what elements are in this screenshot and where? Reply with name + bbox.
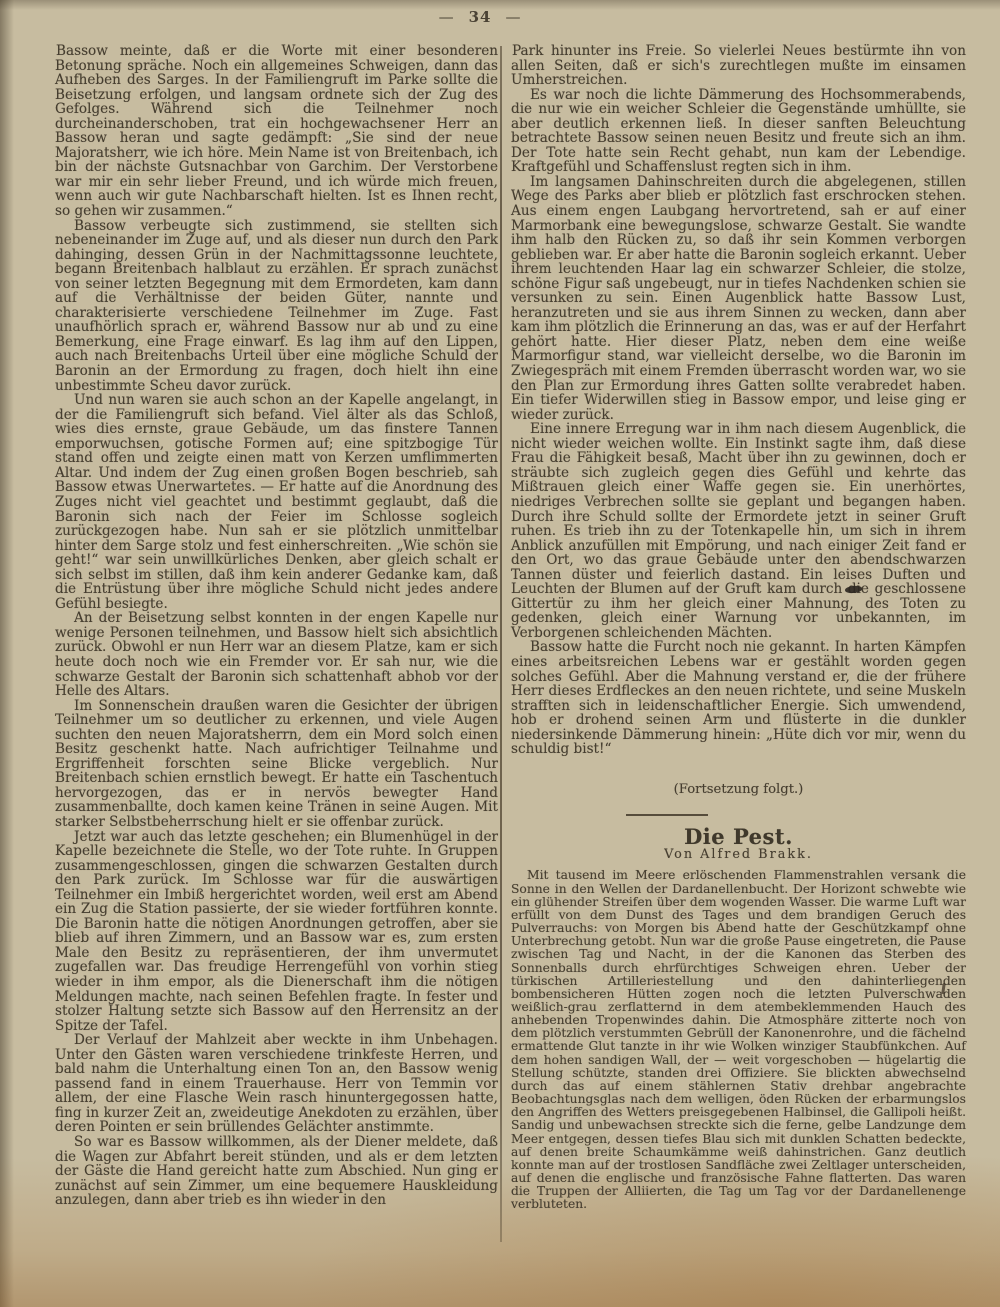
story-title: Die Pest. bbox=[511, 830, 966, 845]
header-dash-left: — bbox=[439, 8, 455, 26]
story-byline: Von Alfred Brakk. bbox=[511, 848, 966, 863]
story-paragraph: Park hinunter ins Freie. So vielerlei Ne… bbox=[511, 44, 966, 88]
scan-edge-shadow-left bbox=[0, 0, 14, 1307]
story-paragraph: Jetzt war auch das letzte geschehen; ein… bbox=[55, 830, 498, 1034]
story-paragraph: Im langsamen Dahinschreiten durch die ab… bbox=[511, 175, 966, 422]
scanned-magazine-page: —34— Bassow meinte, daß er die Worte mit… bbox=[0, 0, 1000, 1307]
left-column: Bassow meinte, daß er die Worte mit eine… bbox=[55, 44, 498, 1208]
story-paragraph: Es war noch die lichte Dämmerung des Hoc… bbox=[511, 88, 966, 175]
story-paragraph: An der Beisetzung selbst konnten in der … bbox=[55, 611, 498, 698]
story-paragraph: So war es Bassow willkommen, als der Die… bbox=[55, 1135, 498, 1208]
story-paragraph: Bassow meinte, daß er die Worte mit eine… bbox=[55, 44, 498, 219]
story-paragraph: Bassow verbeugte sich zustimmend, sie st… bbox=[55, 219, 498, 394]
story-paragraph: Eine innere Erregung war in ihm nach die… bbox=[511, 422, 966, 640]
story-paragraph: Und nun waren sie auch schon an der Kape… bbox=[55, 393, 498, 611]
right-column: Park hinunter ins Freie. So vielerlei Ne… bbox=[511, 44, 966, 1212]
header-dash-right: — bbox=[505, 8, 521, 26]
story-paragraph: Mit tausend im Meere erlöschenden Flamme… bbox=[511, 869, 966, 1211]
column-divider-rule bbox=[500, 46, 502, 1242]
story-paragraph: Bassow hatte die Furcht noch nie gekannt… bbox=[511, 640, 966, 756]
page-header: —34— bbox=[0, 8, 960, 26]
story-paragraph: Der Verlauf der Mahlzeit aber weckte in … bbox=[55, 1033, 498, 1135]
section-divider-rule bbox=[626, 814, 708, 816]
page-number: 34 bbox=[469, 8, 492, 26]
story-paragraph: Im Sonnenschein draußen waren die Gesich… bbox=[55, 699, 498, 830]
continuation-note: (Fortsetzung folgt.) bbox=[511, 783, 966, 798]
